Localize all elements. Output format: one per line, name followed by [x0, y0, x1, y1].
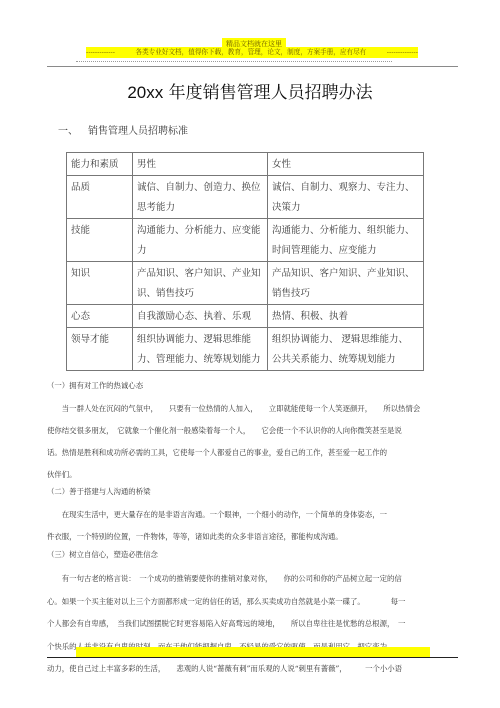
male-cell: 组织协调能力、逻辑思维能力、管理能力、统筹规划能力	[133, 328, 268, 371]
footer-rule	[47, 657, 458, 658]
title-text: 年度销售管理人员招聘办法	[163, 83, 372, 103]
table-row: 技能 沟通能力、分析能力、应变能力 沟通能力、分析能力、组织能力、时间管理能力、…	[67, 219, 424, 262]
body-line: 动力，使自己过上丰富多彩的生活， 悲观的人说“蔷薇有刺”而乐观的人说“刺里有蔷薇…	[47, 663, 402, 674]
female-cell: 诚信、自制力、观察力、专注力、决策力	[268, 176, 424, 219]
footer-highlight	[76, 647, 430, 657]
body-line: 话。热情是胜利和成功所必需的工具，它使每一个人都爱自己的事业，爱自己的工作，甚至…	[47, 447, 387, 458]
male-cell: 沟通能力、分析能力、应变能力	[133, 219, 268, 262]
section-heading: 一、销售管理人员招聘标准	[58, 122, 188, 137]
section-number: 一、	[58, 122, 88, 137]
body-line: 使你结交很多朋友， 它就象一个催化剂一般感染着每一个人， 它会使一个不认识你的人…	[47, 425, 402, 436]
body-line: 伙伴们。	[47, 469, 77, 480]
body-line: 有一句古老的格言说： 一个成功的推销要使你的推销对象对你， 你的公司和你的产品树…	[47, 573, 402, 584]
body-line: 个人都会有自卑感， 当我们试图摆脱它时更容易陷入好高骛远的境地， 所以自卑往往是…	[47, 618, 405, 629]
female-cell: 热情、积极、执着	[268, 305, 424, 328]
body-line: 心。如果一个买主能对以上三个方面都形成一定的信任的话，那么买卖成功自然就是小菜一…	[47, 596, 405, 607]
row-label: 技能	[67, 219, 133, 262]
male-cell: 产品知识、客户知识、产业知识、销售技巧	[133, 262, 268, 305]
dotted-divider	[76, 61, 392, 62]
body-line: 当一群人处在沉闷的气氛中， 只要有一位热情的人加入， 立即就能使每一个人笑逐颜开…	[47, 403, 420, 414]
row-label: 品质	[67, 176, 133, 219]
table-header-row: 能力和素质 男性 女性	[67, 153, 424, 176]
row-label: 知识	[67, 262, 133, 305]
subheading-2: （二）善于搭建与人沟通的桥梁	[47, 486, 150, 497]
header-cell: 女性	[268, 153, 424, 176]
row-label: 心态	[67, 305, 133, 328]
table-row: 品质 诚信、自制力、创造力、换位思考能力 诚信、自制力、观察力、专注力、决策力	[67, 176, 424, 219]
body-line: 件衣服，一个特别的位置，一件物体，等等，诸如此类的众多非语言途径，都能构成沟通。	[47, 531, 343, 542]
table-row: 心态 自我激励心态、执着、乐观 热情、积极、执着	[67, 305, 424, 328]
criteria-table: 能力和素质 男性 女性 品质 诚信、自制力、创造力、换位思考能力 诚信、自制力、…	[66, 152, 424, 371]
table-row: 知识 产品知识、客户知识、产业知识、销售技巧 产品知识、客户知识、产业知识、销售…	[67, 262, 424, 305]
header-cell: 能力和素质	[67, 153, 133, 176]
header-rule	[47, 66, 458, 67]
male-cell: 自我激励心态、执着、乐观	[133, 305, 268, 328]
female-cell: 沟通能力、分析能力、组织能力、时间管理能力、应变能力	[268, 219, 424, 262]
table-row: 领导才能 组织协调能力、逻辑思维能力、管理能力、统筹规划能力 组织协调能力、 逻…	[67, 328, 424, 371]
subheading-3: （三）树立自信心，塑造必胜信念	[47, 549, 158, 560]
subheading-1: （一）拥有对工作的热诚心态	[47, 380, 143, 391]
banner-dash-left: -------------	[86, 47, 115, 58]
female-cell: 产品知识、客户知识、产业知识、销售技巧	[268, 262, 424, 305]
female-cell: 组织协调能力、 逻辑思维能力、 公共关系能力、统筹规划能力	[268, 328, 424, 371]
title-year: 20xx	[127, 83, 163, 102]
row-label: 领导才能	[67, 328, 133, 371]
banner-tagline: ------------- 各类专业好文档，值得你下载，教育，管理，论文，制度，…	[86, 47, 418, 58]
header-cell: 男性	[133, 153, 268, 176]
banner-tagline-text: 各类专业好文档，值得你下载，教育，管理，论文，制度，方案手册，应有尽有	[135, 47, 366, 58]
banner-dash-right: --------------	[387, 47, 418, 58]
section-title: 销售管理人员招聘标准	[88, 126, 188, 137]
male-cell: 诚信、自制力、创造力、换位思考能力	[133, 176, 268, 219]
document-title: 20xx 年度销售管理人员招聘办法	[0, 78, 500, 103]
body-line: 在现实生活中，更大量存在的是非语言沟通。一个眼神，一个细小的动作，一个简单的身体…	[47, 509, 387, 520]
